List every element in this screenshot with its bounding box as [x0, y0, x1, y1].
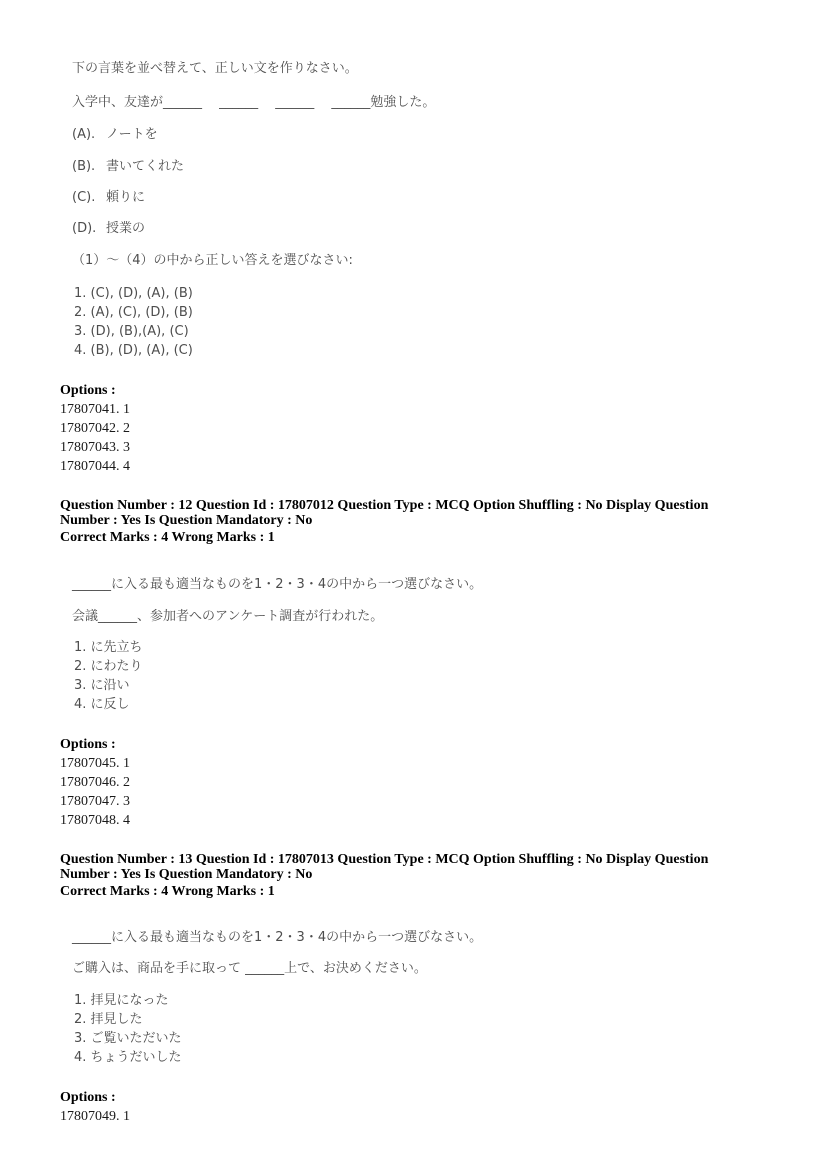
q13-choice-1: 1. 拝見になった	[74, 991, 768, 1010]
q11-choice-2: 2. (A), (C), (D), (B)	[74, 303, 768, 322]
q11-part-a-text: ノートを	[106, 127, 158, 142]
q11-part-b: (B).書いてくれた	[72, 158, 768, 176]
q13-marks: Correct Marks : 4 Wrong Marks : 1	[60, 884, 760, 899]
q12-choice-3: 3. に沿い	[74, 676, 768, 695]
q12-header: Question Number : 12 Question Id : 17807…	[60, 498, 760, 528]
q12-choice-2: 2. にわたり	[74, 657, 768, 676]
q12-option-id-3: 17807047. 3	[60, 792, 768, 811]
q11-options-label: Options :	[60, 382, 768, 400]
question-13-block: Question Number : 13 Question Id : 17807…	[60, 852, 768, 1126]
q12-choices: 1. に先立ち 2. にわたり 3. に沿い 4. に反し	[60, 638, 768, 714]
q11-choice-1: 1. (C), (D), (A), (B)	[74, 284, 768, 303]
exam-page: 下の言葉を並べ替えて、正しい文を作りなさい。 入学中、友達が______ ___…	[0, 0, 826, 1126]
q11-part-a-label: (A).	[72, 126, 106, 144]
q12-choice-1: 1. に先立ち	[74, 638, 768, 657]
q12-marks: Correct Marks : 4 Wrong Marks : 1	[60, 530, 760, 545]
q12-option-ids: 17807045. 1 17807046. 2 17807047. 3 1780…	[60, 754, 768, 830]
q11-instruction: 下の言葉を並べ替えて、正しい文を作りなさい。	[72, 60, 768, 78]
q11-choice-4: 4. (B), (D), (A), (C)	[74, 341, 768, 360]
q13-choice-4: 4. ちょうだいした	[74, 1048, 768, 1067]
q13-header: Question Number : 13 Question Id : 17807…	[60, 852, 760, 882]
question-11-block: 下の言葉を並べ替えて、正しい文を作りなさい。 入学中、友達が______ ___…	[60, 60, 768, 476]
q12-options-label: Options :	[60, 736, 768, 754]
q11-part-c-label: (C).	[72, 189, 106, 207]
q12-option-id-4: 17807048. 4	[60, 811, 768, 830]
q13-instruction: ______に入る最も適当なものを1・2・3・4の中から一つ選びなさい。	[72, 929, 768, 947]
q11-part-d-text: 授業の	[106, 221, 145, 236]
q11-option-ids: 17807041. 1 17807042. 2 17807043. 3 1780…	[60, 400, 768, 476]
q13-option-ids: 17807049. 1	[60, 1107, 768, 1126]
q13-options-label: Options :	[60, 1089, 768, 1107]
q12-choice-4: 4. に反し	[74, 695, 768, 714]
q13-option-id-1: 17807049. 1	[60, 1107, 768, 1126]
q12-sentence: 会議______、参加者へのアンケート調査が行われた。	[72, 608, 768, 626]
q11-part-c: (C).頼りに	[72, 189, 768, 207]
q11-option-id-4: 17807044. 4	[60, 457, 768, 476]
q11-part-d: (D).授業の	[72, 220, 768, 238]
q11-part-b-label: (B).	[72, 158, 106, 176]
q11-option-id-2: 17807042. 2	[60, 419, 768, 438]
q11-part-d-label: (D).	[72, 220, 106, 238]
q13-choice-2: 2. 拝見した	[74, 1010, 768, 1029]
q11-choices: 1. (C), (D), (A), (B) 2. (A), (C), (D), …	[60, 284, 768, 360]
question-12-block: Question Number : 12 Question Id : 17807…	[60, 498, 768, 830]
q11-option-id-1: 17807041. 1	[60, 400, 768, 419]
q11-choose-line: （1）～（4）の中から正しい答えを選びなさい:	[72, 252, 768, 270]
q12-option-id-2: 17807046. 2	[60, 773, 768, 792]
q11-part-c-text: 頼りに	[106, 190, 145, 205]
q11-option-id-3: 17807043. 3	[60, 438, 768, 457]
q12-instruction: ______に入る最も適当なものを1・2・3・4の中から一つ選びなさい。	[72, 576, 768, 594]
q11-part-b-text: 書いてくれた	[106, 159, 184, 174]
q13-choices: 1. 拝見になった 2. 拝見した 3. ご覧いただいた 4. ちょうだいした	[60, 991, 768, 1067]
q11-sentence-with-blanks: 入学中、友達が______ ______ ______ ______勉強した。	[72, 94, 768, 112]
q13-sentence: ご購入は、商品を手に取って ______上で、お決めください。	[72, 960, 768, 978]
q11-choice-3: 3. (D), (B),(A), (C)	[74, 322, 768, 341]
q12-option-id-1: 17807045. 1	[60, 754, 768, 773]
q13-choice-3: 3. ご覧いただいた	[74, 1029, 768, 1048]
q11-part-a: (A).ノートを	[72, 126, 768, 144]
